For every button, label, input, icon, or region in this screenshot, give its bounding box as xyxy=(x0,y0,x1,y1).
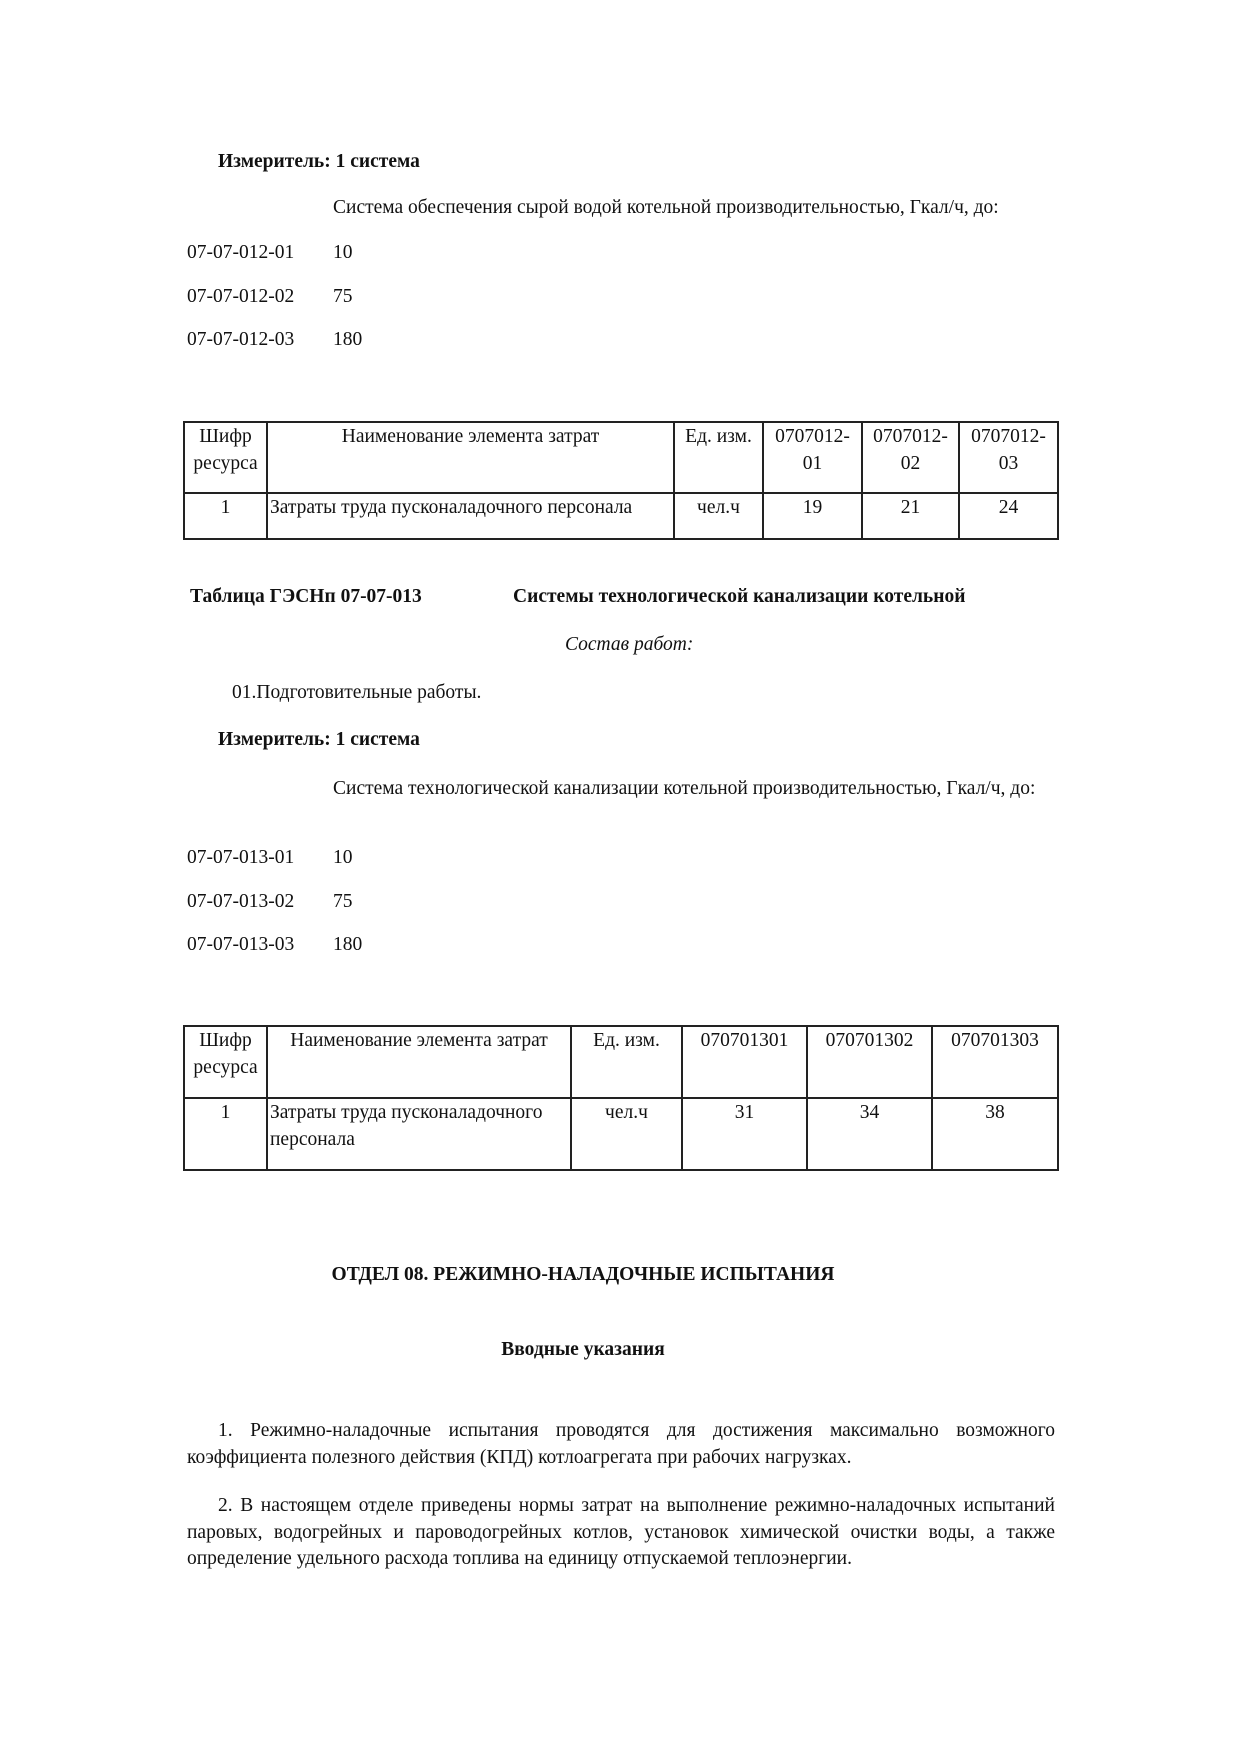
table-cell: 19 xyxy=(763,493,862,539)
table-title: Таблица ГЭСНп 07-07-013 xyxy=(190,585,422,609)
header-cell: Шифр ресурса xyxy=(184,1026,267,1098)
norm-description: Система технологической канализации коте… xyxy=(333,774,1055,803)
resource-cost-table: Шифр ресурса Наименование элемента затра… xyxy=(183,1025,1059,1171)
table-cell: 21 xyxy=(862,493,959,539)
table-header-row: Шифр ресурса Наименование элемента затра… xyxy=(184,1026,1058,1098)
paragraph: 2. В настоящем отделе приведены нормы за… xyxy=(187,1493,1055,1573)
header-cell: 0707012-02 xyxy=(862,422,959,493)
norm-item-code: 07-07-013-01 xyxy=(187,846,294,870)
header-cell: 070701302 xyxy=(807,1026,932,1098)
table-cell: 24 xyxy=(959,493,1058,539)
norm-item-code: 07-07-013-03 xyxy=(187,933,294,957)
works-item: 01.Подготовительные работы. xyxy=(232,681,481,705)
header-cell: Наименование элемента затрат xyxy=(267,422,674,493)
resource-cost-table: Шифр ресурса Наименование элемента затра… xyxy=(183,421,1059,540)
norm-item-value: 75 xyxy=(333,890,353,914)
header-cell: Шифр ресурса xyxy=(184,422,267,493)
header-cell: Наименование элемента затрат xyxy=(267,1026,571,1098)
norm-item-code: 07-07-012-02 xyxy=(187,285,294,309)
header-cell: 070701301 xyxy=(682,1026,807,1098)
table-cell: 38 xyxy=(932,1098,1058,1170)
section-title: ОТДЕЛ 08. РЕЖИМНО-НАЛАДОЧНЫЕ ИСПЫТАНИЯ xyxy=(283,1263,883,1287)
meter-label: Измеритель: 1 система xyxy=(218,728,420,752)
norm-item-code: 07-07-012-01 xyxy=(187,241,294,265)
header-cell: Ед. изм. xyxy=(674,422,763,493)
meter-label: Измеритель: 1 система xyxy=(218,150,420,174)
norm-description: Система обеспечения сырой водой котельно… xyxy=(333,196,999,220)
table-cell: чел.ч xyxy=(571,1098,682,1170)
table-cell: 31 xyxy=(682,1098,807,1170)
table-cell: 1 xyxy=(184,493,267,539)
norm-item-value: 180 xyxy=(333,933,362,957)
header-cell: 070701303 xyxy=(932,1026,1058,1098)
section-subtitle: Вводные указания xyxy=(383,1338,783,1362)
table-cell: Затраты труда пусконаладочного персонала xyxy=(267,1098,571,1170)
norm-item-value: 180 xyxy=(333,328,362,352)
norm-item-value: 10 xyxy=(333,846,353,870)
header-cell: Ед. изм. xyxy=(571,1026,682,1098)
paragraph: 1. Режимно-наладочные испытания проводят… xyxy=(187,1418,1055,1471)
header-cell: 0707012-03 xyxy=(959,422,1058,493)
table-row: 1 Затраты труда пусконаладочного персона… xyxy=(184,1098,1058,1170)
header-cell: 0707012-01 xyxy=(763,422,862,493)
norm-item-code: 07-07-012-03 xyxy=(187,328,294,352)
table-name: Системы технологической канализации коте… xyxy=(513,585,965,609)
norm-item-code: 07-07-013-02 xyxy=(187,890,294,914)
table-cell: 34 xyxy=(807,1098,932,1170)
norm-item-value: 10 xyxy=(333,241,353,265)
table-cell: чел.ч xyxy=(674,493,763,539)
table-cell: Затраты труда пусконаладочного персонала xyxy=(267,493,674,539)
table-cell: 1 xyxy=(184,1098,267,1170)
norm-item-value: 75 xyxy=(333,285,353,309)
table-row: 1 Затраты труда пусконаладочного персона… xyxy=(184,493,1058,539)
works-heading: Состав работ: xyxy=(565,633,693,657)
table-header-row: Шифр ресурса Наименование элемента затра… xyxy=(184,422,1058,493)
